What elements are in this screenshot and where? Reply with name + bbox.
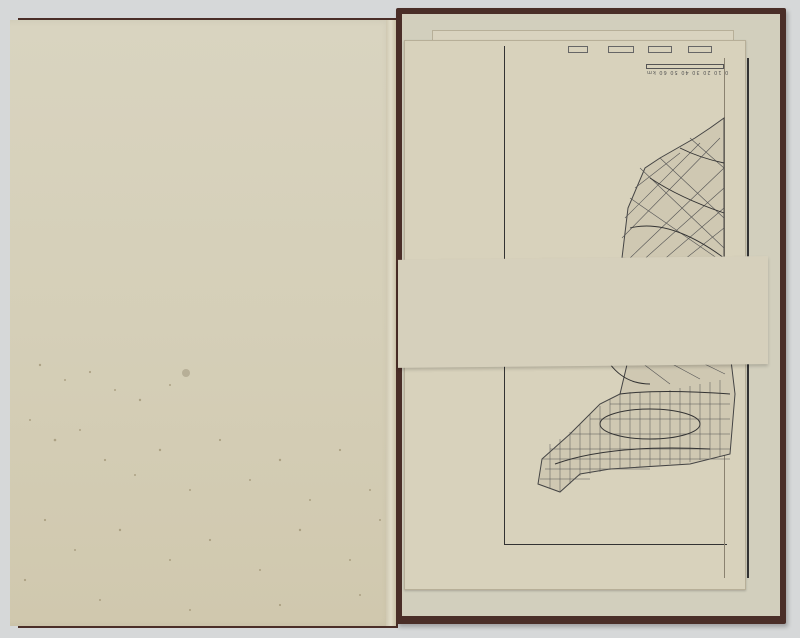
page-gutter [386, 20, 396, 626]
paper-band [398, 256, 768, 368]
foxing-spots [10, 20, 394, 626]
scale-bar-labels: 0 10 20 30 40 50 60 km [646, 69, 728, 75]
contour-map-upper [620, 108, 730, 268]
map-scale-bar: 0 10 20 30 40 50 60 km [646, 64, 722, 78]
contour-map-lower [530, 344, 740, 496]
blank-left-page [10, 20, 394, 626]
